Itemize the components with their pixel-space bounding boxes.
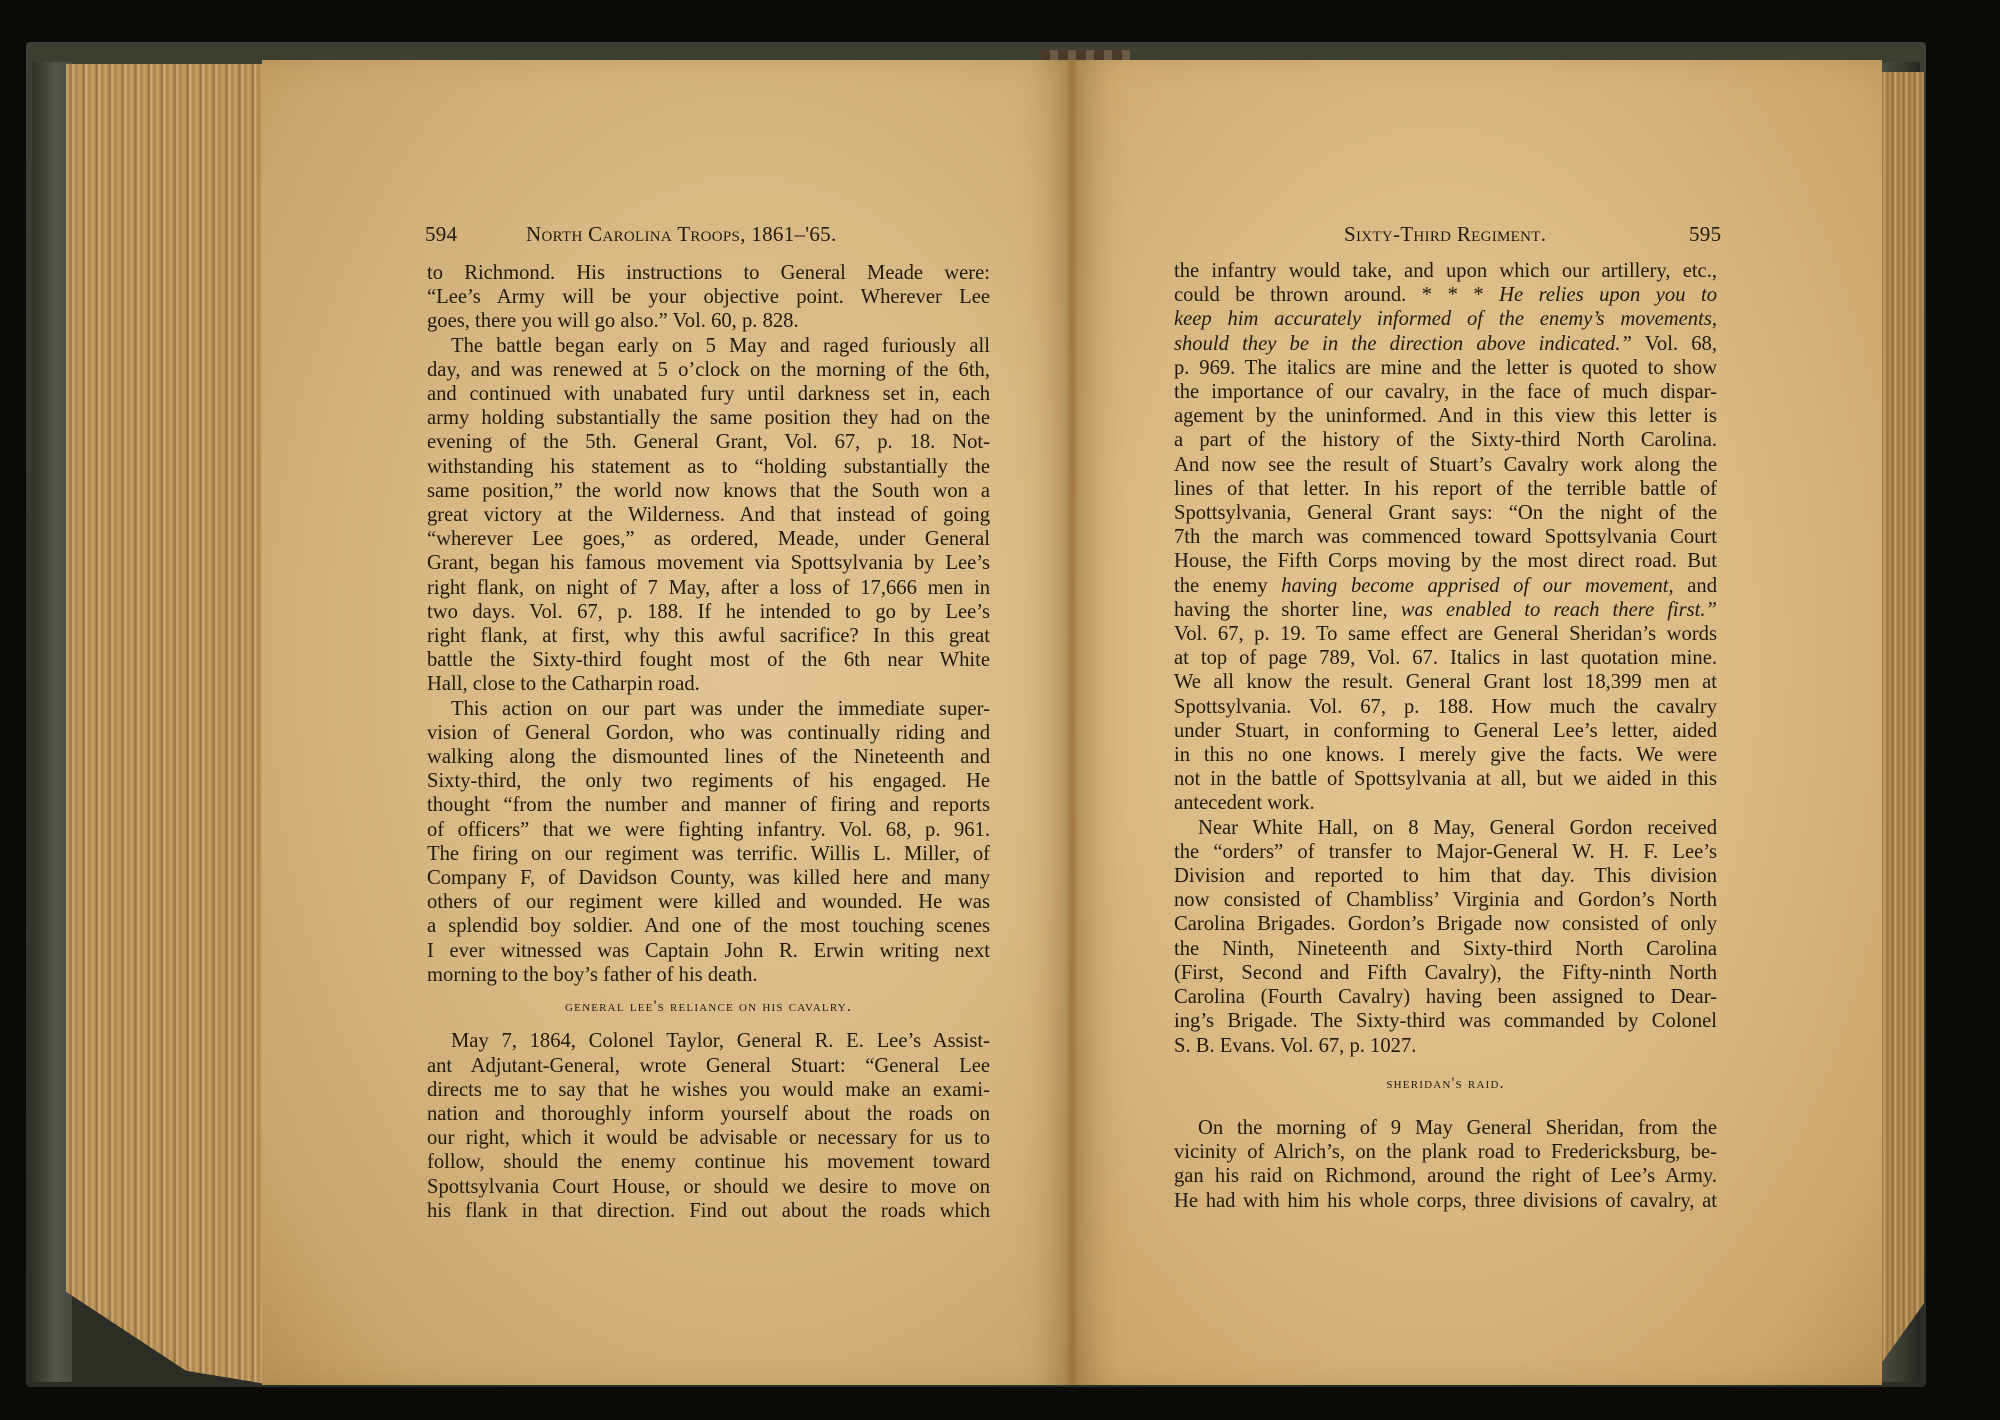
text-line: 7th the march was commenced toward Spott… [1174, 525, 1717, 549]
text-line: On the morning of 9 May General Sheridan… [1174, 1116, 1717, 1140]
text-line: great victory at the Wilderness. And tha… [427, 503, 990, 527]
text-line: vicinity of Alrich’s, on the plank road … [1174, 1140, 1717, 1164]
text-line: Spottsylvania Court House, or should we … [427, 1175, 990, 1199]
text-line: Sixty-third, the only two regiments of h… [427, 769, 990, 793]
text-line: evening of the 5th. General Grant, Vol. … [427, 430, 990, 454]
text-line: the “orders” of transfer to Major-Genera… [1174, 840, 1717, 864]
text-line: morning to the boy’s father of his death… [427, 963, 990, 987]
text-line: the Ninth, Nineteenth and Sixty-third No… [1174, 937, 1717, 961]
text-line: right flank, at first, why this awful sa… [427, 624, 990, 648]
text-line: The battle began early on 5 May and rage… [427, 334, 990, 358]
text-line: should they be in the direction above in… [1174, 332, 1717, 356]
text-line: nation and thoroughly inform yourself ab… [427, 1102, 990, 1126]
left-page-number: 594 [425, 222, 457, 247]
text-line: p. 969. The italics are mine and the let… [1174, 356, 1717, 380]
text-line: the importance of our cavalry, in the fa… [1174, 380, 1717, 404]
text-line: Spottsylvania. Vol. 67, p. 188. How much… [1174, 695, 1717, 719]
text-line: lines of that letter. In his report of t… [1174, 477, 1717, 501]
text-line: under Stuart, in conforming to General L… [1174, 719, 1717, 743]
right-page-text: the infantry would take, and upon which … [1174, 259, 1717, 1213]
text-line: “Lee’s Army will be your objective point… [427, 285, 990, 309]
text-line: his flank in that direction. Find out ab… [427, 1199, 990, 1223]
text-line: ing’s Brigade. The Sixty-third was comma… [1174, 1009, 1717, 1033]
text-line: Hall, close to the Catharpin road. [427, 672, 990, 696]
text-line: our right, which it would be advisable o… [427, 1126, 990, 1150]
text-line: directs me to say that he wishes you wou… [427, 1078, 990, 1102]
text-line: May 7, 1864, Colonel Taylor, General R. … [427, 1029, 990, 1053]
scanned-book-spread: 594 North Carolina Troops, 1861–'65. Six… [0, 0, 2000, 1420]
text-line: goes, there you will go also.” Vol. 60, … [427, 309, 990, 333]
text-line: We all know the result. General Grant lo… [1174, 670, 1717, 694]
text-line: battle the Sixty-third fought most of th… [427, 648, 990, 672]
text-line: others of our regiment were killed and w… [427, 890, 990, 914]
text-line: of officers” that we were fighting infan… [427, 818, 990, 842]
text-line: army holding substantially the same posi… [427, 406, 990, 430]
right-page-number: 595 [1689, 222, 1721, 247]
text-line: follow, should the enemy continue his mo… [427, 1150, 990, 1174]
text-line: at top of page 789, Vol. 67. Italics in … [1174, 646, 1717, 670]
text-line: S. B. Evans. Vol. 67, p. 1027. [1174, 1034, 1717, 1058]
text-line: a splendid boy soldier. And one of the m… [427, 914, 990, 938]
text-line: Spottsylvania, General Grant says: “On t… [1174, 501, 1717, 525]
text-line: the enemy having become apprised of our … [1174, 574, 1717, 598]
text-line: Carolina (Fourth Cavalry) having been as… [1174, 985, 1717, 1009]
text-line: not in the battle of Spottsylvania at al… [1174, 767, 1717, 791]
text-line: could be thrown around. * * * He relies … [1174, 283, 1717, 307]
right-running-head: Sixty-Third Regiment. [1344, 222, 1546, 247]
text-line: to Richmond. His instructions to General… [427, 261, 990, 285]
text-line: The firing on our regiment was terrific.… [427, 842, 990, 866]
text-line: now consisted of Chambliss’ Virginia and… [1174, 888, 1717, 912]
text-line: and continued with unabated fury until d… [427, 382, 990, 406]
text-line: House, the Fifth Corps moving by the mos… [1174, 549, 1717, 573]
text-line: agement by the uninformed. And in this v… [1174, 404, 1717, 428]
text-line: Carolina Brigades. Gordon’s Brigade now … [1174, 912, 1717, 936]
text-line: thought “from the number and manner of f… [427, 793, 990, 817]
book-gutter [1066, 60, 1078, 1385]
text-line: the infantry would take, and upon which … [1174, 259, 1717, 283]
text-line: Company F, of Davidson County, was kille… [427, 866, 990, 890]
text-line: antecedent work. [1174, 791, 1717, 815]
text-line: withstanding his statement as to “holdin… [427, 455, 990, 479]
text-line: “wherever Lee goes,” as ordered, Meade, … [427, 527, 990, 551]
text-line: Near White Hall, on 8 May, General Gordo… [1174, 816, 1717, 840]
text-line: vision of General Gordon, who was contin… [427, 721, 990, 745]
text-line: a part of the history of the Sixty-third… [1174, 428, 1717, 452]
text-line: gan his raid on Richmond, around the rig… [1174, 1164, 1717, 1188]
text-line: Grant, began his famous movement via Spo… [427, 551, 990, 575]
text-line: keep him accurately informed of the enem… [1174, 307, 1717, 331]
left-page-text: to Richmond. His instructions to General… [427, 261, 990, 1223]
section-heading: Sheridan's Raid. [1174, 1072, 1717, 1096]
text-line: walking along the dismounted lines of th… [427, 745, 990, 769]
text-line: Division and reported to him that day. T… [1174, 864, 1717, 888]
text-line: He had with him his whole corps, three d… [1174, 1189, 1717, 1213]
text-line: same position,” the world now knows that… [427, 479, 990, 503]
text-line: I ever witnessed was Captain John R. Erw… [427, 939, 990, 963]
text-line: in this no one knows. I merely give the … [1174, 743, 1717, 767]
text-line: This action on our part was under the im… [427, 697, 990, 721]
text-line: day, and was renewed at 5 o’clock on the… [427, 358, 990, 382]
left-running-head: North Carolina Troops, 1861–'65. [526, 222, 837, 247]
text-line: (First, Second and Fifth Cavalry), the F… [1174, 961, 1717, 985]
text-line: And now see the result of Stuart’s Caval… [1174, 453, 1717, 477]
text-line: two days. Vol. 67, p. 188. If he intende… [427, 600, 990, 624]
text-line: right flank, on night of 7 May, after a … [427, 576, 990, 600]
section-heading: General Lee's Reliance on His Cavalry. [427, 995, 990, 1019]
page-stack-left [66, 64, 266, 1384]
text-line: ant Adjutant-General, wrote General Stua… [427, 1054, 990, 1078]
text-line: Vol. 67, p. 19. To same effect are Gener… [1174, 622, 1717, 646]
text-line: having the shorter line, was enabled to … [1174, 598, 1717, 622]
